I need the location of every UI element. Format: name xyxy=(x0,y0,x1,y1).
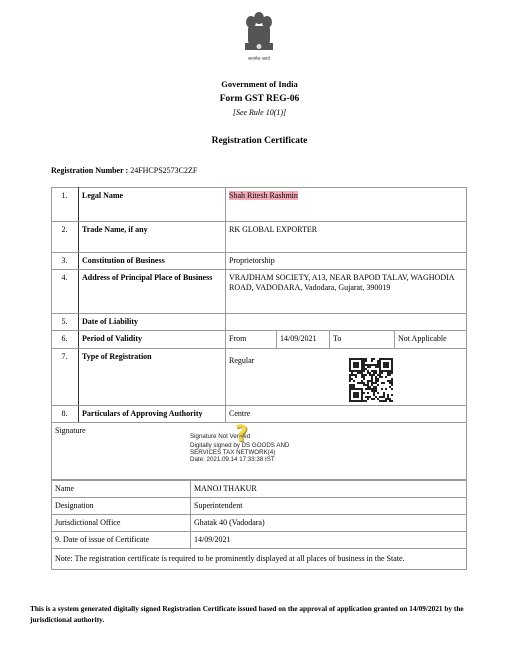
table-row: 3. Constitution of Business Proprietorsh… xyxy=(52,253,467,270)
validity-from-value: 14/09/2021 xyxy=(277,331,330,349)
rule-reference: [See Rule 10(1)] xyxy=(0,108,519,117)
authority-key: 9. Date of issue of Certificate xyxy=(52,532,191,549)
legal-name-value: Shah Ritesh Rashmin xyxy=(226,188,467,222)
validity-to-value: Not Applicable xyxy=(395,331,467,349)
row-label: Address of Principal Place of Business xyxy=(79,270,226,314)
registration-number-value: 24FHCPS2573C2ZF xyxy=(130,166,197,175)
validity-to-label: To xyxy=(330,331,395,349)
row-number: 5. xyxy=(52,314,79,331)
table-row: 4. Address of Principal Place of Busines… xyxy=(52,270,467,314)
details-table: 1. Legal Name Shah Ritesh Rashmin 2. Tra… xyxy=(51,187,467,480)
table-row: 7. Type of Registration Regular xyxy=(52,349,467,406)
row-label: Type of Registration xyxy=(79,349,226,406)
row-label: Trade Name, if any xyxy=(79,222,226,253)
authority-value: MANOJ THAKUR xyxy=(191,481,467,498)
question-mark-icon: ? xyxy=(235,431,248,438)
row-number: 4. xyxy=(52,270,79,314)
note-row: Note: The registration certificate is re… xyxy=(52,549,467,570)
page-title: Registration Certificate xyxy=(0,136,519,146)
table-row: 1. Legal Name Shah Ritesh Rashmin xyxy=(52,188,467,222)
table-row: Jurisdictional Office Ghatak 40 (Vadodar… xyxy=(52,515,467,532)
registration-number-label: Registration Number : xyxy=(51,166,128,175)
approving-authority-value: Centre xyxy=(226,406,467,423)
row-number: 6. xyxy=(52,331,79,349)
table-row: 5. Date of Liability xyxy=(52,314,467,331)
signature-cell: Signature ? Signature Not Verified Digit… xyxy=(52,423,467,480)
footer-disclaimer: This is a system generated digitally sig… xyxy=(30,603,490,625)
registration-type-value: Regular xyxy=(226,349,467,406)
row-number: 8. xyxy=(52,406,79,423)
row-label: Particulars of Approving Authority xyxy=(79,406,226,423)
table-row: Name MANOJ THAKUR xyxy=(52,481,467,498)
table-row: 6. Period of Validity From 14/09/2021 To… xyxy=(52,331,467,349)
government-heading: Government of India xyxy=(0,79,519,89)
table-row: 2. Trade Name, if any RK GLOBAL EXPORTER xyxy=(52,222,467,253)
row-number: 7. xyxy=(52,349,79,406)
trade-name-value: RK GLOBAL EXPORTER xyxy=(226,222,467,253)
table-row: 8. Particulars of Approving Authority Ce… xyxy=(52,406,467,423)
row-number: 3. xyxy=(52,253,79,270)
signature-date: Date: 2021.09.14 17:33:38 IST xyxy=(190,456,289,463)
authority-key: Name xyxy=(52,481,191,498)
svg-text:सत्यमेव जयते: सत्यमेव जयते xyxy=(248,55,271,62)
constitution-value: Proprietorship xyxy=(226,253,467,270)
row-label: Constitution of Business xyxy=(79,253,226,270)
signature-row: Signature ? Signature Not Verified Digit… xyxy=(52,423,467,480)
registration-type-text: Regular xyxy=(229,356,463,366)
row-label: Period of Validity xyxy=(79,331,226,349)
qr-code-icon xyxy=(349,358,393,402)
date-of-liability-value xyxy=(226,314,467,331)
digital-signature[interactable]: ? Signature Not Verified Digitally signe… xyxy=(190,433,289,463)
row-number: 1. xyxy=(52,188,79,222)
authority-value: 14/09/2021 xyxy=(191,532,467,549)
display-note: Note: The registration certificate is re… xyxy=(52,549,467,570)
row-label: Date of Liability xyxy=(79,314,226,331)
table-row: 9. Date of issue of Certificate 14/09/20… xyxy=(52,532,467,549)
row-number: 2. xyxy=(52,222,79,253)
authority-value: Ghatak 40 (Vadodara) xyxy=(191,515,467,532)
address-value: VRAJDHAM SOCIETY, A13, NEAR BAPOD TALAV,… xyxy=(226,270,467,314)
registration-number: Registration Number : 24FHCPS2573C2ZF xyxy=(51,166,197,175)
validity-from-label: From xyxy=(226,331,277,349)
table-row: Designation Superintendent xyxy=(52,498,467,515)
legal-name-highlight: Shah Ritesh Rashmin xyxy=(229,191,298,200)
authority-key: Jurisdictional Office xyxy=(52,515,191,532)
authority-table: Name MANOJ THAKUR Designation Superinten… xyxy=(51,480,467,570)
signature-line: SERVICES TAX NETWORK(4) xyxy=(190,449,289,456)
row-label: Legal Name xyxy=(79,188,226,222)
form-heading: Form GST REG-06 xyxy=(0,94,519,104)
national-emblem-icon: सत्यमेव जयते xyxy=(239,10,279,64)
authority-value: Superintendent xyxy=(191,498,467,515)
authority-key: Designation xyxy=(52,498,191,515)
